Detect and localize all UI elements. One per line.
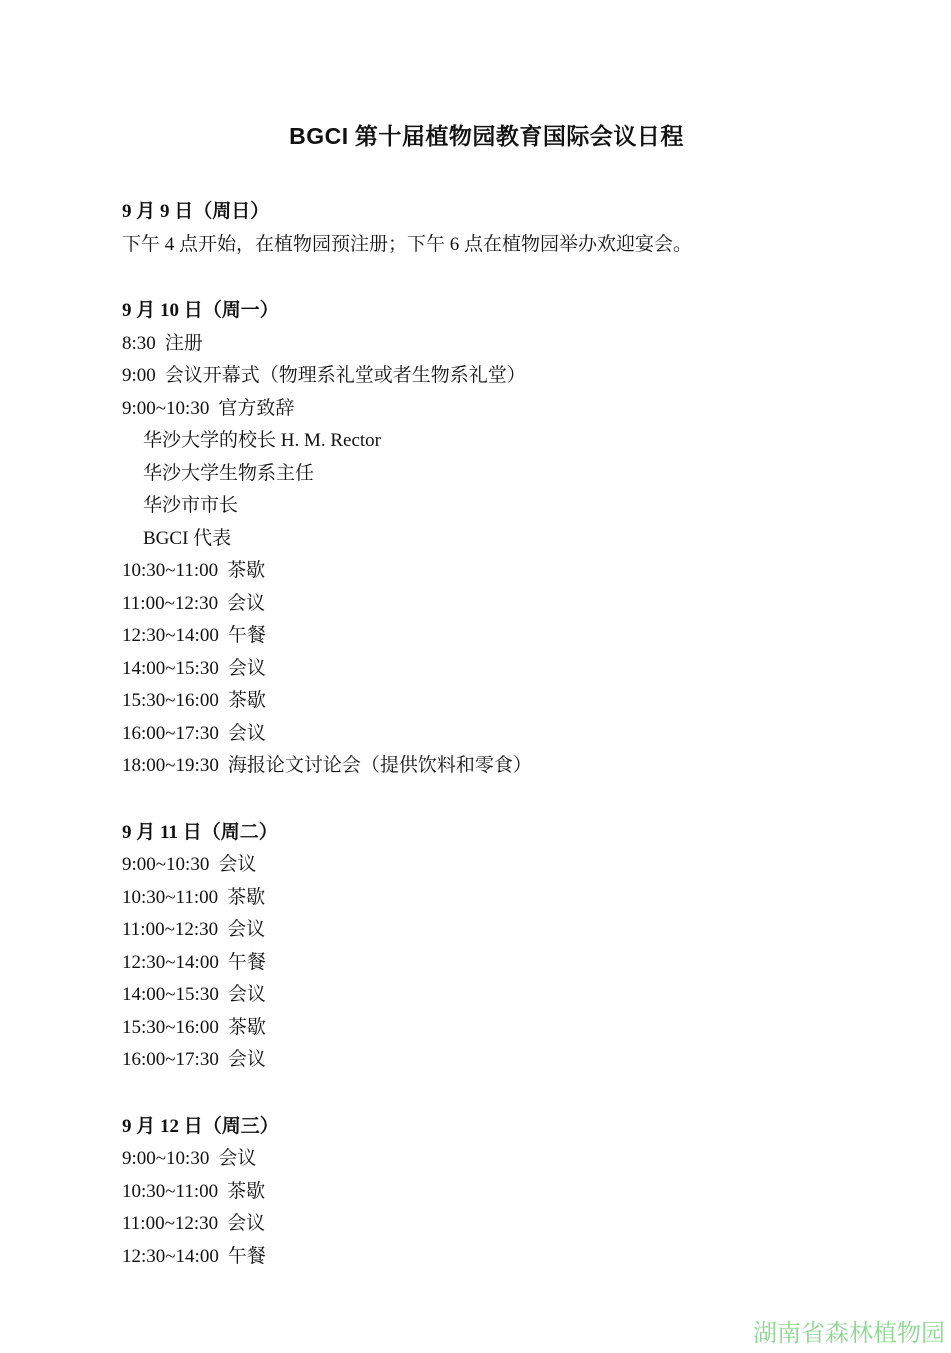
item-label: 茶歇: [228, 690, 266, 711]
schedule-item: 12:30~14:00午餐: [122, 947, 851, 980]
item-label: 会议: [218, 1148, 256, 1169]
item-time: 9:00: [122, 365, 156, 386]
section-date-heading: 9 月 10 日（周一）: [122, 295, 851, 328]
item-label: 午餐: [228, 952, 266, 973]
schedule-section: 9 月 9 日（周日）下午 4 点开始，在植物园预注册；下午 6 点在植物园举办…: [122, 196, 851, 261]
item-label: 注册: [165, 333, 203, 354]
schedule-item: 9:00会议开幕式（物理系礼堂或者生物系礼堂）: [122, 360, 851, 393]
schedule-item: 14:00~15:30会议: [122, 653, 851, 686]
item-label: 茶歇: [227, 887, 265, 908]
schedule-item: 9:00~10:30会议: [122, 1143, 851, 1176]
item-time: 12:30~14:00: [122, 1246, 219, 1267]
item-label: 会议: [227, 919, 265, 940]
schedule-item: 11:00~12:30会议: [122, 588, 851, 621]
schedule-item: 10:30~11:00茶歇: [122, 555, 851, 588]
item-time: 15:30~16:00: [122, 690, 219, 711]
schedule-item: 10:30~11:00茶歇: [122, 1176, 851, 1209]
intro-line: 下午 4 点开始，在植物园预注册；下午 6 点在植物园举办欢迎宴会。: [122, 229, 851, 262]
schedule-item: 8:30注册: [122, 328, 851, 361]
item-time: 12:30~14:00: [122, 625, 219, 646]
item-label: 会议开幕式（物理系礼堂或者生物系礼堂）: [165, 365, 526, 386]
item-label: 茶歇: [227, 560, 265, 581]
document-page: BGCI 第十届植物园教育国际会议日程 9 月 9 日（周日）下午 4 点开始，…: [0, 0, 951, 1353]
schedule-item: 18:00~19:30海报论文讨论会（提供饮料和零食）: [122, 750, 851, 783]
item-time: 14:00~15:30: [122, 658, 219, 679]
item-time: 18:00~19:30: [122, 755, 219, 776]
speaker-line: 华沙大学的校长 H. M. Rector: [122, 425, 851, 458]
schedule-item: 15:30~16:00茶歇: [122, 685, 851, 718]
section-date-heading: 9 月 9 日（周日）: [122, 196, 851, 229]
schedule-item: 12:30~14:00午餐: [122, 620, 851, 653]
watermark: 湖南省森林植物园: [753, 1322, 945, 1346]
schedule-sections: 9 月 9 日（周日）下午 4 点开始，在植物园预注册；下午 6 点在植物园举办…: [122, 196, 851, 1273]
item-label: 茶歇: [227, 1181, 265, 1202]
item-time: 11:00~12:30: [122, 919, 218, 940]
schedule-item: 11:00~12:30会议: [122, 914, 851, 947]
item-time: 16:00~17:30: [122, 723, 219, 744]
item-label: 会议: [227, 1213, 265, 1234]
item-time: 11:00~12:30: [122, 1213, 218, 1234]
item-label: 会议: [228, 1049, 266, 1070]
speaker-line: BGCI 代表: [122, 523, 851, 556]
speaker-line: 华沙市市长: [122, 490, 851, 523]
schedule-item: 10:30~11:00茶歇: [122, 882, 851, 915]
item-time: 10:30~11:00: [122, 887, 218, 908]
item-time: 12:30~14:00: [122, 952, 219, 973]
item-label: 会议: [228, 658, 266, 679]
item-time: 9:00~10:30: [122, 1148, 209, 1169]
item-time: 11:00~12:30: [122, 593, 218, 614]
section-date-heading: 9 月 12 日（周三）: [122, 1111, 851, 1144]
item-time: 10:30~11:00: [122, 1181, 218, 1202]
item-label: 茶歇: [228, 1017, 266, 1038]
document-content: BGCI 第十届植物园教育国际会议日程 9 月 9 日（周日）下午 4 点开始，…: [0, 0, 951, 1273]
item-time: 9:00~10:30: [122, 854, 209, 875]
schedule-item: 16:00~17:30会议: [122, 718, 851, 751]
item-label: 海报论文讨论会（提供饮料和零食）: [228, 755, 532, 776]
schedule-item: 9:00~10:30官方致辞: [122, 393, 851, 426]
schedule-section: 9 月 10 日（周一）8:30注册9:00会议开幕式（物理系礼堂或者生物系礼堂…: [122, 295, 851, 783]
document-title: BGCI 第十届植物园教育国际会议日程: [122, 120, 851, 153]
title-cjk-part: 第十届植物园教育国际会议日程: [349, 124, 684, 149]
item-label: 官方致辞: [218, 398, 294, 419]
item-time: 16:00~17:30: [122, 1049, 219, 1070]
title-latin-part: BGCI: [289, 123, 349, 149]
schedule-item: 16:00~17:30会议: [122, 1044, 851, 1077]
item-label: 午餐: [228, 1246, 266, 1267]
schedule-item: 12:30~14:00午餐: [122, 1241, 851, 1274]
speaker-line: 华沙大学生物系主任: [122, 458, 851, 491]
item-time: 14:00~15:30: [122, 984, 219, 1005]
schedule-item: 14:00~15:30会议: [122, 979, 851, 1012]
item-label: 会议: [227, 593, 265, 614]
item-label: 会议: [228, 984, 266, 1005]
schedule-item: 11:00~12:30会议: [122, 1208, 851, 1241]
item-time: 8:30: [122, 333, 156, 354]
item-label: 午餐: [228, 625, 266, 646]
item-label: 会议: [228, 723, 266, 744]
item-label: 会议: [218, 854, 256, 875]
item-time: 10:30~11:00: [122, 560, 218, 581]
section-date-heading: 9 月 11 日（周二）: [122, 817, 851, 850]
schedule-item: 15:30~16:00茶歇: [122, 1012, 851, 1045]
item-time: 15:30~16:00: [122, 1017, 219, 1038]
schedule-item: 9:00~10:30会议: [122, 849, 851, 882]
schedule-section: 9 月 12 日（周三）9:00~10:30会议10:30~11:00茶歇11:…: [122, 1111, 851, 1274]
item-time: 9:00~10:30: [122, 398, 209, 419]
schedule-section: 9 月 11 日（周二）9:00~10:30会议10:30~11:00茶歇11:…: [122, 817, 851, 1077]
